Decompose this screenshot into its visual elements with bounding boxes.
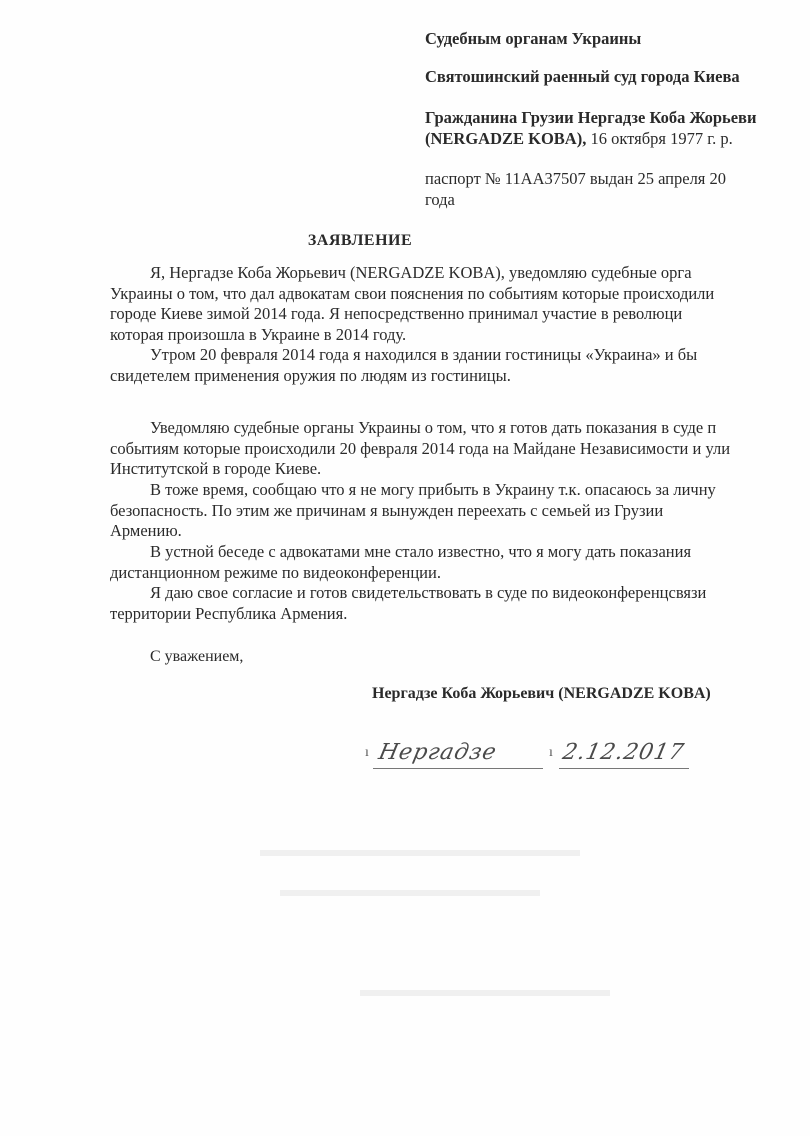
paragraph-line: событиям которые происходили 20 февраля … xyxy=(110,439,810,460)
signature-marker-icon: ı xyxy=(365,745,369,761)
date-field: 2.12.2017 xyxy=(559,738,689,769)
paragraph-line: городе Киеве зимой 2014 года. Я непосред… xyxy=(110,304,810,325)
paragraph-line: В тоже время, сообщаю что я не могу приб… xyxy=(110,480,810,501)
paragraph-4: В тоже время, сообщаю что я не могу приб… xyxy=(110,480,810,542)
document-page: Судебным органам Украины Святошинский ра… xyxy=(0,0,810,1136)
paragraph-6: Я даю свое согласие и готов свидетельств… xyxy=(110,583,810,624)
applicant-birth-date: 16 октября 1977 г. р. xyxy=(586,129,732,148)
paragraph-2: Утром 20 февраля 2014 года я находился в… xyxy=(110,345,810,386)
applicant-details: (NERGADZE KOBA), 16 октября 1977 г. р. xyxy=(425,128,756,149)
paragraph-line: Уведомляю судебные органы Украины о том,… xyxy=(110,418,810,439)
addressee-court-bodies: Судебным органам Украины xyxy=(425,28,641,49)
applicant-block: Гражданина Грузии Нергадзе Коба Жорьеви … xyxy=(425,107,756,149)
handwritten-date: 2.12.2017 xyxy=(560,740,686,765)
paragraph-line: Я, Нергадзе Коба Жорьевич (NERGADZE KOBA… xyxy=(110,263,810,284)
paragraph-line: Армению. xyxy=(110,521,810,542)
signature-row: ı Нергадзе ı 2.12.2017 xyxy=(365,735,705,775)
paragraph-line: свидетелем применения оружия по людям из… xyxy=(110,366,810,387)
signer-name: Нергадзе Коба Жорьевич (NERGADZE KOBA) xyxy=(372,685,711,703)
document-title: ЗАЯВЛЕНИЕ xyxy=(0,232,810,250)
paragraph-line: безопасность. По этим же причинам я выну… xyxy=(110,501,810,522)
passport-number: паспорт № 11АА37507 выдан 25 апреля 20 xyxy=(425,168,726,189)
paragraph-line: В устной беседе с адвокатами мне стало и… xyxy=(110,542,810,563)
paragraph-line: территории Республика Армения. xyxy=(110,604,810,625)
paragraph-line: Утром 20 февраля 2014 года я находился в… xyxy=(110,345,810,366)
paragraph-5: В устной беседе с адвокатами мне стало и… xyxy=(110,542,810,583)
paragraph-line: Украины о том, что дал адвокатам свои по… xyxy=(110,284,810,305)
closing-salutation: С уважением, xyxy=(150,648,243,666)
applicant-name-latin: (NERGADZE KOBA), xyxy=(425,129,586,148)
paragraph-3: Уведомляю судебные органы Украины о том,… xyxy=(110,418,810,480)
passport-year-suffix: года xyxy=(425,189,726,210)
paragraph-line: Я даю свое согласие и готов свидетельств… xyxy=(110,583,810,604)
paragraph-line: которая произошла в Украине в 2014 году. xyxy=(110,325,810,346)
paragraph-line: Институтской в городе Киеве. xyxy=(110,459,810,480)
handwritten-signature: Нергадзе xyxy=(376,740,499,765)
addressee-district-court: Святошинский раенный суд города Киева xyxy=(425,66,740,87)
scan-bleed-through xyxy=(0,790,810,1136)
signature-field: Нергадзе xyxy=(373,738,543,769)
date-marker-icon: ı xyxy=(549,745,553,761)
applicant-name: Гражданина Грузии Нергадзе Коба Жорьеви xyxy=(425,107,756,128)
paragraph-1: Я, Нергадзе Коба Жорьевич (NERGADZE KOBA… xyxy=(110,263,810,345)
paragraph-line: дистанционном режиме по видеоконференции… xyxy=(110,563,810,584)
passport-block: паспорт № 11АА37507 выдан 25 апреля 20 г… xyxy=(425,168,726,210)
